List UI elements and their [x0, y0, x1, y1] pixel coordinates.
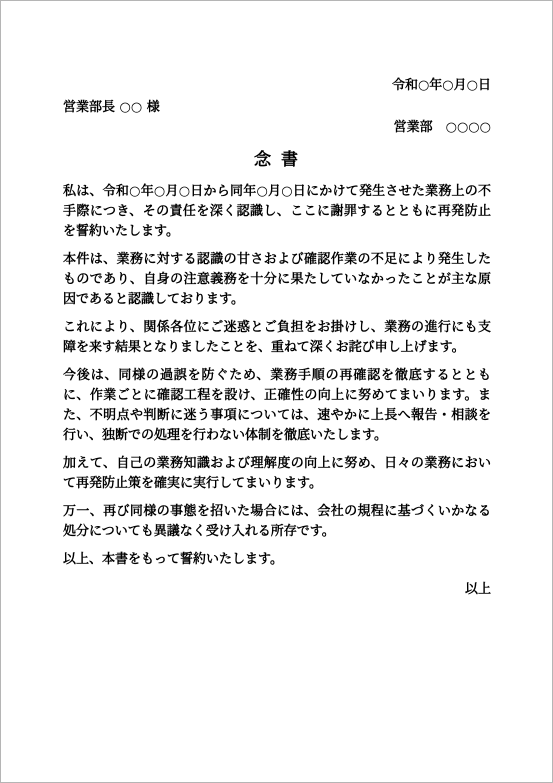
body-paragraph: 以上、本書をもって誓約いたします。	[63, 550, 491, 570]
date-line: 令和○年○月○日	[63, 76, 491, 96]
recipient-line: 営業部長 ○○ 様	[63, 98, 491, 118]
body-paragraph: 私は、令和○年○月○日から同年○月○日にかけて発生させた業務上の不手際につき、そ…	[63, 182, 491, 242]
sender-line: 営業部 ○○○○	[63, 118, 491, 138]
document-page: 令和○年○月○日 営業部長 ○○ 様 営業部 ○○○○ 念 書 私は、令和○年○…	[0, 0, 553, 783]
body-paragraph: 今後は、同様の過誤を防ぐため、業務手順の再確認を徹底するとともに、作業ごとに確認…	[63, 366, 491, 446]
body-paragraph: これにより、関係各位にご迷惑とご負担をお掛けし、業務の進行にも支障を来す結果とな…	[63, 318, 491, 358]
document-title: 念 書	[63, 148, 491, 172]
body-paragraph: 万一、再び同様の事態を招いた場合には、会社の規程に基づくいかなる処分についても異…	[63, 502, 491, 542]
body-paragraph: 加えて、自己の業務知識および理解度の向上に努め、日々の業務において再発防止策を確…	[63, 454, 491, 494]
closing-line: 以上	[63, 580, 491, 600]
body-paragraph: 本件は、業務に対する認識の甘さおよび確認作業の不足により発生したものであり、自身…	[63, 250, 491, 310]
